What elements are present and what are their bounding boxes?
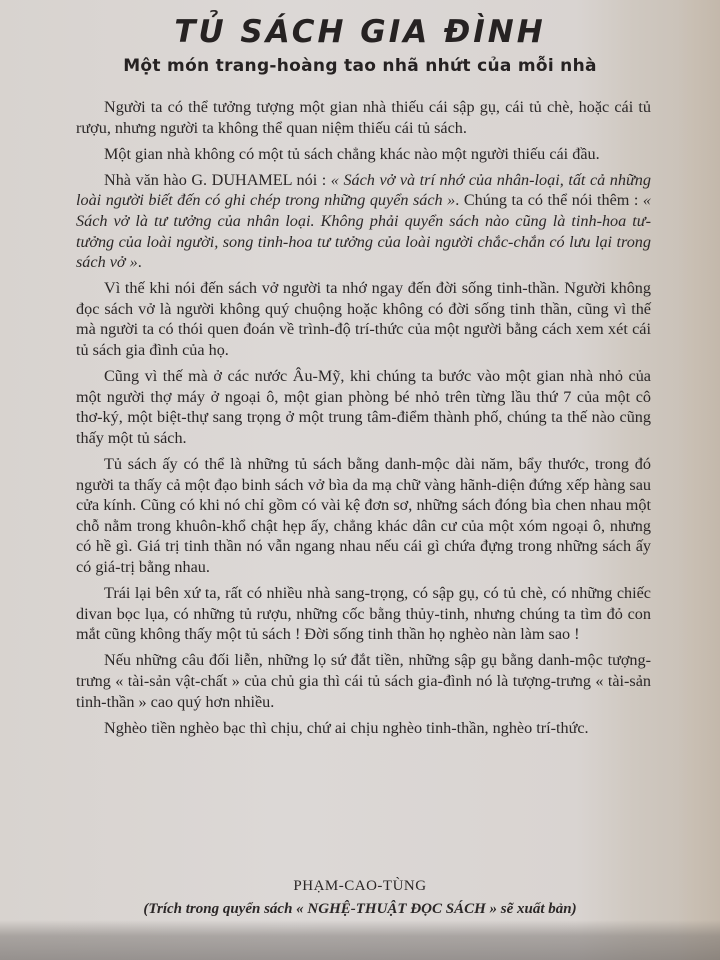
paragraph-9: Nghèo tiền nghèo bạc thì chịu, chứ ai ch…: [76, 718, 651, 739]
paragraph-7: Trái lại bên xứ ta, rất có nhiều nhà san…: [76, 583, 651, 645]
page-subtitle: Một món trang-hoàng tao nhã nhứt của mỗi…: [0, 56, 720, 76]
paragraph-3-middle: . Chúng ta có thể nói thêm :: [455, 191, 643, 209]
source-citation: (Trích trong quyển sách « NGHỆ-THUẬT ĐỌC…: [0, 901, 720, 918]
paragraph-1: Người ta có thể tưởng tượng một gian nhà…: [76, 97, 651, 138]
paragraph-3-intro: Nhà văn hào G. DUHAMEL nói :: [104, 171, 331, 189]
author-signature: PHẠM-CAO-TÙNG: [0, 878, 720, 895]
paragraph-6: Tủ sách ấy có thể là những tủ sách bằng …: [76, 454, 651, 578]
article-body: Người ta có thể tưởng tượng một gian nhà…: [76, 97, 651, 744]
paragraph-5: Cũng vì thế mà ở các nước Âu-Mỹ, khi chú…: [76, 366, 651, 448]
paragraph-3-end: .: [138, 253, 142, 271]
page-title: TỦ SÁCH GIA ĐÌNH: [0, 14, 720, 50]
paragraph-4: Vì thế khi nói đến sách vở người ta nhớ …: [76, 278, 651, 360]
paragraph-3-duhamel-quote: Nhà văn hào G. DUHAMEL nói : « Sách vở v…: [76, 170, 651, 273]
page-edge-shadow: [678, 0, 720, 960]
paragraph-2: Một gian nhà không có một tủ sách chẳng …: [76, 144, 651, 165]
paragraph-8: Nếu những câu đối liễn, những lọ sứ đắt …: [76, 650, 651, 712]
bottom-shadow: [0, 920, 720, 960]
